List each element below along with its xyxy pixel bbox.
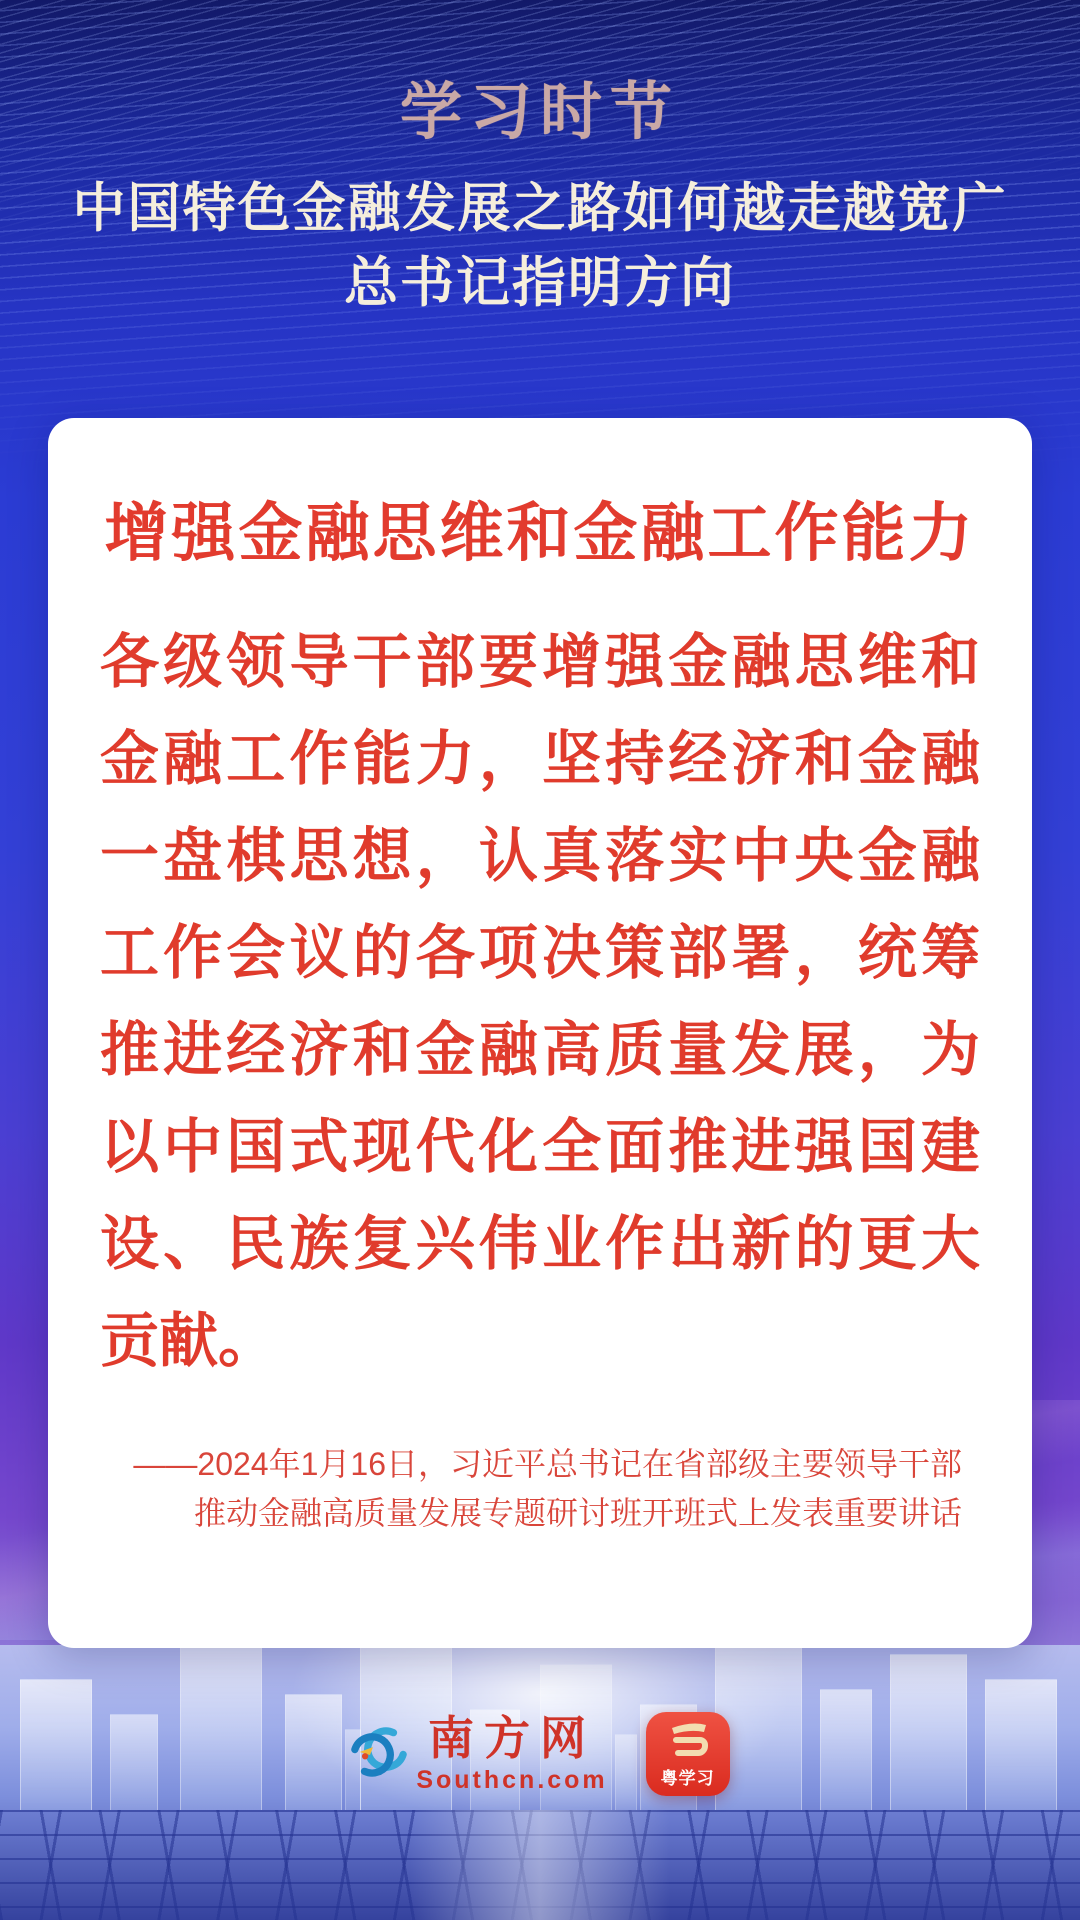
floor-grid (0, 1810, 1080, 1920)
quote-attribution: ——2024年1月16日，习近平总书记在省部级主要领导干部 推动金融高质量发展专… (100, 1440, 980, 1538)
quote-line: 金融工作能力，坚持经济和金融 (100, 711, 980, 808)
attribution-line2: 推动金融高质量发展专题研讨班开班式上发表重要讲话 (100, 1489, 962, 1538)
southcn-swirl-icon (350, 1723, 408, 1786)
yuexuexi-app-icon: 粤学习 (646, 1712, 730, 1796)
yuexuexi-glyph-icon (664, 1719, 712, 1762)
quote-body: 各级领导干部要增强金融思维和 金融工作能力，坚持经济和金融 一盘棋思想，认真落实… (100, 614, 980, 1390)
southcn-domain: Southcn.com (416, 1768, 607, 1793)
page-title-line2: 总书记指明方向 (0, 240, 1080, 317)
quote-line: 工作会议的各项决策部署，统筹 (100, 905, 980, 1002)
yuexuexi-label: 粤学习 (661, 1764, 715, 1789)
attribution-line1: ——2024年1月16日，习近平总书记在省部级主要领导干部 (100, 1440, 962, 1489)
quote-line: 各级领导干部要增强金融思维和 (100, 614, 980, 711)
masthead-logo: 学习时节 (0, 62, 1080, 151)
southcn-logo: 南方网 Southcn.com (350, 1716, 607, 1793)
quote-line: 推进经济和金融高质量发展，为 (100, 1002, 980, 1099)
quote-card: 增强金融思维和金融工作能力 各级领导干部要增强金融思维和 金融工作能力，坚持经济… (48, 418, 1032, 1648)
page-title-line1: 中国特色金融发展之路如何越走越宽广 (0, 166, 1080, 242)
southcn-text-block: 南方网 Southcn.com (416, 1716, 607, 1793)
quote-line: 设、民族复兴伟业作出新的更大 (100, 1196, 980, 1293)
southcn-name: 南方网 (428, 1716, 596, 1762)
quote-line: 一盘棋思想，认真落实中央金融 (100, 808, 980, 905)
footer-logos: 南方网 Southcn.com 粤学习 (0, 1712, 1080, 1796)
quote-heading: 增强金融思维和金融工作能力 (100, 498, 980, 568)
quote-line: 以中国式现代化全面推进强国建 (100, 1099, 980, 1196)
quote-line: 贡献。 (100, 1293, 980, 1390)
